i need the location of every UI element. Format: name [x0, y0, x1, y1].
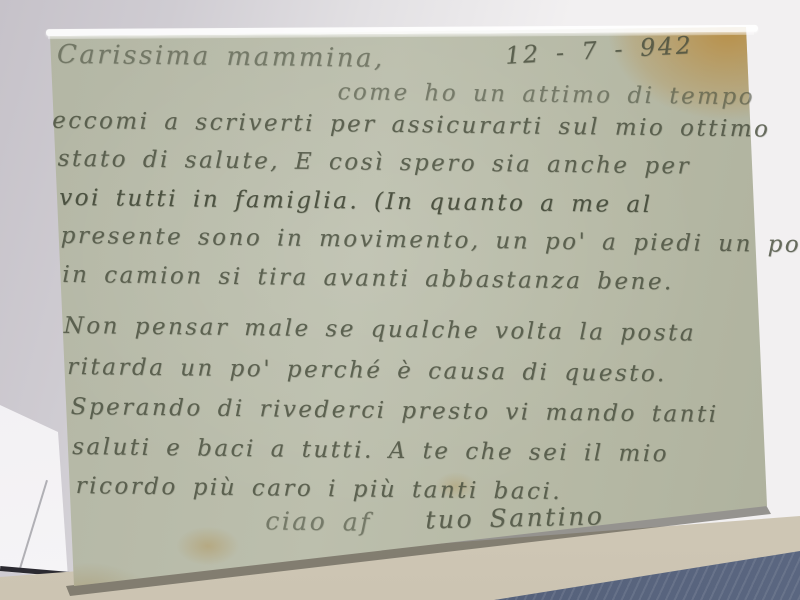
handwriting-line: eccomi a scriverti per assicurarti sul m… [52, 108, 771, 143]
signature-name: tuo Santino [425, 501, 605, 534]
handwriting-line: saluti e baci a tutti. A te che sei il m… [72, 434, 669, 467]
handwriting-line: in camion si tira avanti abbastanza bene… [62, 262, 674, 295]
handwriting-line: voi tutti in famiglia. (In quanto a me a… [59, 185, 653, 218]
handwriting-line: Non pensar male se qualche volta la post… [63, 313, 696, 347]
salutation: Carissima mammina, [57, 40, 385, 74]
handwriting: Carissima mammina, 12 - 7 - 942 come ho … [0, 0, 800, 600]
handwriting-line: ritarda un po' perché è causa di questo. [67, 354, 667, 387]
handwriting-line: presente sono in movimento, un po' a pie… [61, 223, 800, 258]
date: 12 - 7 - 942 [504, 31, 694, 70]
handwriting-line: come ho un attimo di tempo [337, 79, 755, 110]
signature-closing: ciao af [265, 506, 372, 536]
handwriting-line: ricordo più caro i più tanti baci. [76, 473, 563, 505]
photo-of-handwritten-postcard: Carissima mammina, 12 - 7 - 942 come ho … [0, 0, 800, 600]
handwriting-line: Sperando di rivederci presto vi mando ta… [71, 394, 719, 428]
handwriting-line: stato di salute, E così spero sia anche … [58, 146, 692, 180]
